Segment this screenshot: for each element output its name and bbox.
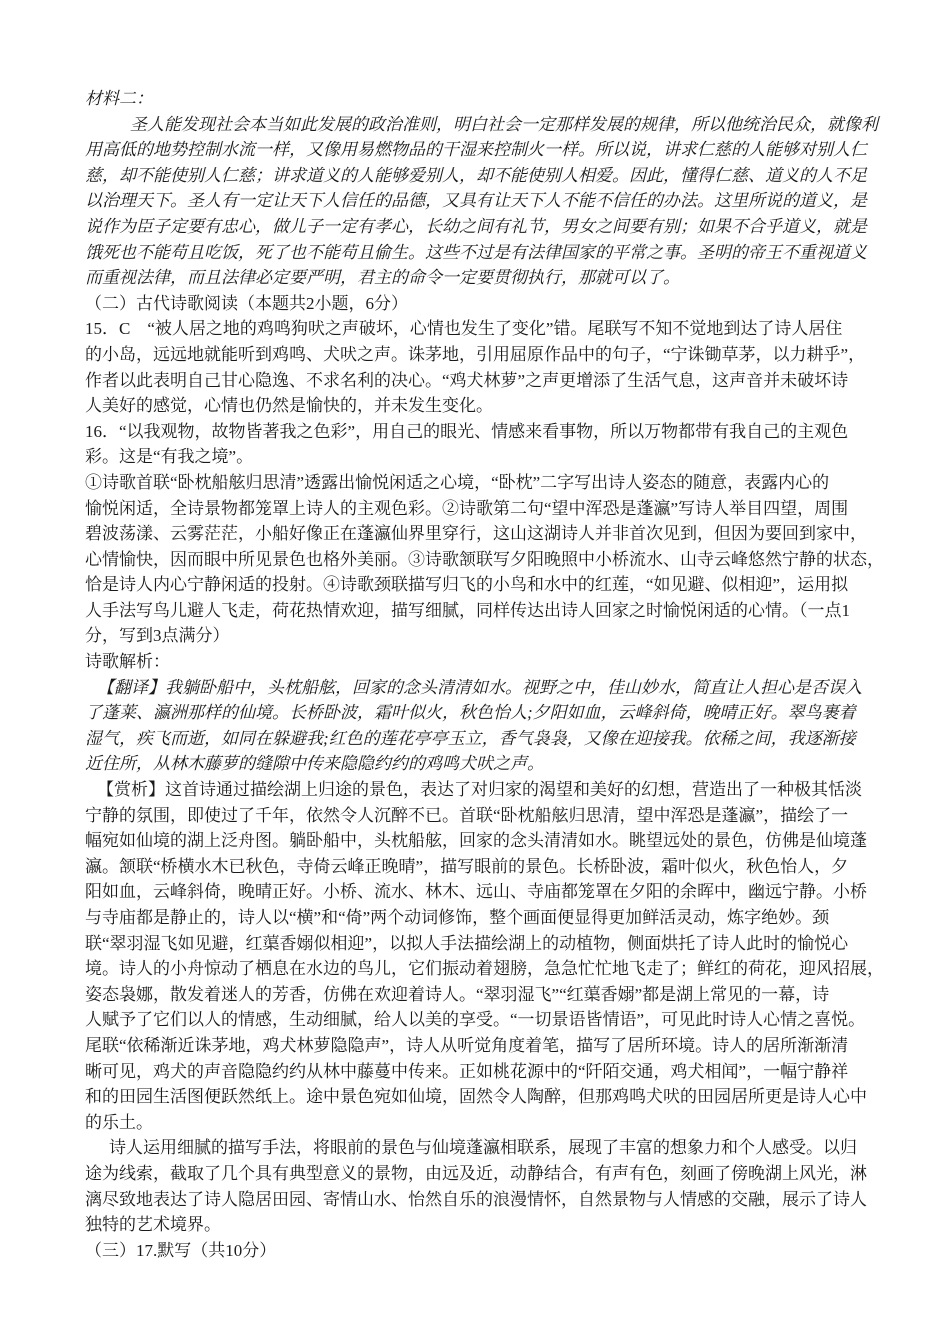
text-line: 以治理天下。圣人有一定让天下人信任的品德，又具有让天下人不能不信任的办法。这里所… [85, 188, 868, 214]
text-line: 材料二： [85, 86, 868, 112]
text-line: 幅宛如仙境的湖上泛舟图。躺卧船中，头枕船舷，回家的念头清清如水。眺望远处的景色，… [85, 828, 868, 854]
text-line: 的乐土。 [85, 1110, 868, 1136]
text-line: 16．“以我观物，故物皆著我之色彩”，用自己的眼光、情感来看事物，所以万物都带有… [85, 419, 868, 445]
text-line: （三）17.默写（共10分） [85, 1238, 868, 1264]
text-line: 分，写到3点满分） [85, 623, 868, 649]
text-line: 【赏析】这首诗通过描绘湖上归途的景色，表达了对归家的渴望和美好的幻想，营造出了一… [85, 777, 868, 803]
section-appreciation: 【赏析】这首诗通过描绘湖上归途的景色，表达了对归家的渴望和美好的幻想，营造出了一… [85, 777, 868, 1135]
text-line: 独特的艺术境界。 [85, 1212, 868, 1238]
text-line: 而重视法律，而且法律必定要严明，君主的命令一定要贯彻执行，那就可以了。 [85, 265, 868, 291]
text-line: 用高低的地势控制水流一样，又像用易燃物品的干湿来控制火一样。所以说，讲求仁慈的人… [85, 137, 868, 163]
text-line: 阳如血，云峰斜倚，晚晴正好。小桥、流水、林木、远山、寺庙都笼罩在夕阳的余晖中，幽… [85, 879, 868, 905]
text-line: 和的田园生活图便跃然纸上。途中景色宛如仙境，固然令人陶醉，但那鸡鸣犬吠的田园居所… [85, 1084, 868, 1110]
section-poem-analysis-label: 诗歌解析： [85, 649, 868, 675]
section-material-two: 材料二：圣人能发现社会本当如此发展的政治准则，明白社会一定那样发展的规律，所以他… [85, 86, 868, 291]
text-line: 慈，却不能使别人仁慈；讲求道义的人能够爱别人，却不能使别人相爱。因此，懂得仁慈、… [85, 163, 868, 189]
text-line: 人手法写鸟儿避人飞走，荷花热情欢迎，描写细腻，同样传达出诗人回家之时愉悦闲适的心… [85, 598, 868, 624]
text-line: 湿气，疾飞而逝，如同在躲避我;红色的莲花亭亭玉立，香气袅袅，又像在迎接我。依稀之… [85, 726, 868, 752]
section-dictation-header: （三）17.默写（共10分） [85, 1238, 868, 1264]
document-page: 材料二：圣人能发现社会本当如此发展的政治准则，明白社会一定那样发展的规律，所以他… [0, 0, 950, 1344]
text-line: 境。诗人的小舟惊动了栖息在水边的鸟儿，它们振动着翅膀，急急忙忙地飞走了；鲜红的荷… [85, 956, 868, 982]
text-line: 途为线索，截取了几个具有典型意义的景物，由远及近，动静结合，有声有色，刻画了傍晚… [85, 1161, 868, 1187]
text-line: ①诗歌首联“卧枕船舷归思清”透露出愉悦闲适之心境，“卧枕”二字写出诗人姿态的随意… [85, 470, 868, 496]
section-appreciation-summary: 诗人运用细腻的描写手法，将眼前的景色与仙境蓬瀛相联系，展现了丰富的想象力和个人感… [85, 1135, 868, 1237]
text-line: 联“翠羽湿飞如见避，红蕖香嫋似相迎”，以拟人手法描绘湖上的动植物，侧面烘托了诗人… [85, 931, 868, 957]
text-line: 彩。这是“有我之境”。 [85, 444, 868, 470]
text-line: 人赋予了它们以人的情感，生动细腻，给人以美的享受。“一切景语皆情语”，可见此时诗… [85, 1007, 868, 1033]
text-line: 近住所，从林木藤萝的缝隙中传来隐隐约约的鸡鸣犬吠之声。 [85, 751, 868, 777]
text-line: 【翻译】我躺卧船中，头枕船舷，回家的念头清清如水。视野之中，佳山妙水，简直让人担… [85, 675, 868, 701]
text-line: 诗人运用细腻的描写手法，将眼前的景色与仙境蓬瀛相联系，展现了丰富的想象力和个人感… [85, 1135, 868, 1161]
text-line: 饿死也不能苟且吃饭，死了也不能苟且偷生。这些不过是有法律国家的平常之事。圣明的帝… [85, 240, 868, 266]
text-line: 的小岛，远远地就能听到鸡鸣、犬吠之声。诛茅地，引用屈原作品中的句子，“宁诛锄草茅… [85, 342, 868, 368]
section-answer-15: 15．C “被人居之地的鸡鸣狗吠之声破坏，心情也发生了变化”错。尾联写不知不觉地… [85, 316, 868, 418]
text-line: 了蓬莱、瀛洲那样的仙境。长桥卧波，霜叶似火，秋色怡人;夕阳如血，云峰斜倚，晚晴正… [85, 700, 868, 726]
text-line: 瀛。颔联“桥横水木已秋色，寺倚云峰正晚晴”，描写眼前的景色。长桥卧波，霜叶似火，… [85, 854, 868, 880]
document-text: 材料二：圣人能发现社会本当如此发展的政治准则，明白社会一定那样发展的规律，所以他… [85, 86, 868, 1263]
text-line: 愉悦闲适，全诗景物都笼罩上诗人的主观色彩。②诗歌第二句“望中浑恐是蓬瀛”写诗人举… [85, 496, 868, 522]
text-line: 尾联“依稀渐近诛茅地，鸡犬林萝隐隐声”，诗人从听觉角度着笔，描写了居所环境。诗人… [85, 1033, 868, 1059]
text-line: 晰可见，鸡犬的声音隐隐约约从林中藤蔓中传来。正如桃花源中的“阡陌交通，鸡犬相闻”… [85, 1059, 868, 1085]
text-line: 碧波荡漾、云雾茫茫，小船好像正在蓬瀛仙界里穿行，这山这湖诗人并非首次见到，但因为… [85, 521, 868, 547]
text-line: （二）古代诗歌阅读（本题共2小题，6分） [85, 291, 868, 317]
text-line: 姿态袅娜，散发着迷人的芳香，仿佛在欢迎着诗人。“翠羽湿飞”“红蕖香嫋”都是湖上常… [85, 982, 868, 1008]
text-line: 宁静的氛围，即使过了千年，依然令人沉醉不已。首联“卧枕船舷归思清，望中浑恐是蓬瀛… [85, 803, 868, 829]
text-line: 说作为臣子定要有忠心，做儿子一定有孝心，长幼之间有礼节，男女之间要有别；如果不合… [85, 214, 868, 240]
text-line: 作者以此表明自己甘心隐逸、不求名利的决心。“鸡犬林萝”之声更增添了生活气息，这声… [85, 368, 868, 394]
section-translation: 【翻译】我躺卧船中，头枕船舷，回家的念头清清如水。视野之中，佳山妙水，简直让人担… [85, 675, 868, 777]
section-poetry-reading-header: （二）古代诗歌阅读（本题共2小题，6分） [85, 291, 868, 317]
text-line: 心情愉快，因而眼中所见景色也格外美丽。③诗歌颔联写夕阳晚照中小桥流水、山寺云峰悠… [85, 547, 868, 573]
text-line: 15．C “被人居之地的鸡鸣狗吠之声破坏，心情也发生了变化”错。尾联写不知不觉地… [85, 316, 868, 342]
section-answer-16: 16．“以我观物，故物皆著我之色彩”，用自己的眼光、情感来看事物，所以万物都带有… [85, 419, 868, 649]
text-line: 人美好的感觉，心情也仍然是愉快的，并未发生变化。 [85, 393, 868, 419]
text-line: 漓尽致地表达了诗人隐居田园、寄情山水、怡然自乐的浪漫情怀，自然景物与人情感的交融… [85, 1187, 868, 1213]
text-line: 与寺庙都是静止的，诗人以“横”和“倚”两个动词修饰，整个画面便显得更加鲜活灵动，… [85, 905, 868, 931]
text-line: 诗歌解析： [85, 649, 868, 675]
text-line: 圣人能发现社会本当如此发展的政治准则，明白社会一定那样发展的规律，所以他统治民众… [85, 112, 868, 138]
text-line: 恰是诗人内心宁静闲适的投射。④诗歌颈联描写归飞的小鸟和水中的红莲，“如见避、似相… [85, 572, 868, 598]
